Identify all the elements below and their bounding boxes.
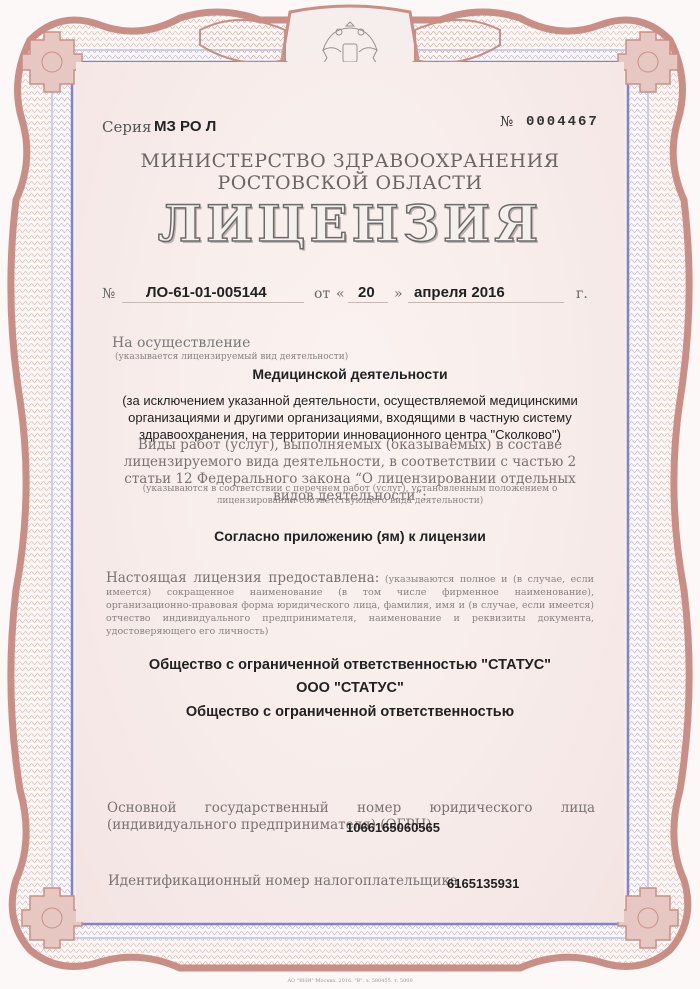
purpose-label: На осуществление [112, 335, 250, 351]
inn-value: 6165135931 [447, 876, 519, 891]
form-number-value: 0004467 [526, 114, 599, 130]
annex-reference: Согласно приложению (ям) к лицензии [0, 528, 700, 544]
org-legal-form: Общество с ограниченной ответственностью [0, 704, 700, 720]
issuer-line-2: РОСТОВСКОЙ ОБЛАСТИ [0, 172, 700, 194]
license-month-year: апреля 2016 [414, 284, 505, 301]
license-number: ЛО-61-01-005144 [146, 284, 267, 301]
form-number-label: № [500, 114, 514, 130]
printer-imprint: АО "ВНИ" Москва. 2016. "В". з. 580455. т… [0, 978, 700, 984]
org-full-name: Общество с ограниченной ответственностью… [0, 657, 700, 673]
grant-description: Настоящая лицензия предоставлена: (указы… [106, 572, 594, 638]
series-value: МЗ РО Л [154, 118, 216, 135]
licensed-activity: Медицинской деятельности [0, 366, 700, 382]
ogrn-value: 1066165060565 [346, 820, 440, 835]
org-short-name: ООО "СТАТУС" [0, 680, 700, 696]
issuer-line-1: МИНИСТЕРСТВО ЗДРАВООХРАНЕНИЯ [0, 150, 700, 172]
inn-label: Идентификационный номер налогоплательщик… [108, 873, 458, 889]
quote-close: » [394, 286, 403, 302]
document-title: ЛИЦЕНЗИЯ [0, 194, 700, 253]
license-number-label: № [102, 286, 115, 302]
works-hint: (указываются в соответствии с перечнем р… [110, 483, 590, 507]
license-day: 20 [358, 284, 375, 301]
year-suffix: г. [576, 286, 588, 302]
from-label: от [314, 286, 330, 302]
series-label: Серия [102, 118, 151, 136]
issuer-name: МИНИСТЕРСТВО ЗДРАВООХРАНЕНИЯ РОСТОВСКОЙ … [0, 150, 700, 194]
grant-lead: Настоящая лицензия предоставлена: [106, 570, 379, 586]
purpose-hint: (указывается лицензируемый вид деятельно… [115, 352, 348, 362]
license-number-row: № ЛО-61-01-005144 от « 20 » апреля 2016 … [102, 284, 602, 306]
quote-open: « [336, 286, 345, 302]
activity-exception: (за исключением указанной деятельности, … [100, 392, 600, 443]
